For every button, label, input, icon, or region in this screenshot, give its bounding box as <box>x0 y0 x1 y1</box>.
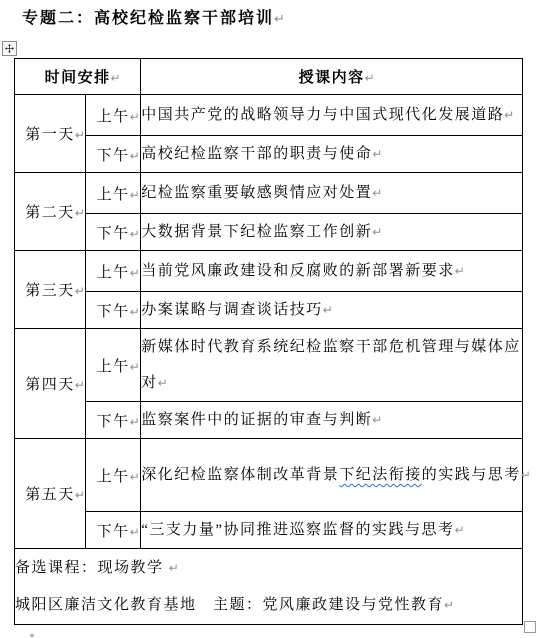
day-cell-2[interactable]: 第二天↵ <box>15 173 86 251</box>
four-way-arrow-icon <box>5 44 14 53</box>
period-label: 上午 <box>97 359 130 375</box>
header-cell-time[interactable]: 时间安排↵ <box>15 59 141 95</box>
course-text: 办案谋略与调查谈话技巧 <box>141 302 323 318</box>
period-label: 下午 <box>97 148 130 164</box>
table-row: 第三天↵ 上午↵ 当前党风廉政建设和反腐败的新部署新要求↵ <box>15 251 523 292</box>
period-label: 上午 <box>97 187 130 203</box>
footer-line-2: 城阳区廉洁文化教育基地 主题：党风廉政建设与党性教育↵ <box>15 587 522 624</box>
course-text: 高校纪检监察干部的职责与使命 <box>141 146 372 162</box>
course-text: 深化纪检监察体制改革背景 <box>141 467 339 483</box>
period-cell[interactable]: 上午↵ <box>86 95 141 136</box>
day-label: 第一天 <box>25 127 75 143</box>
period-cell[interactable]: 上午↵ <box>86 439 141 512</box>
table-row: 第一天↵ 上午↵ 中国共产党的战略领导力与中国式现代化发展道路↵ <box>15 95 523 136</box>
content-cell[interactable]: “三支力量”协同推进巡察监督的实践与思考↵ <box>141 512 523 549</box>
day-label: 第二天 <box>25 205 75 221</box>
period-label: 上午 <box>97 109 130 125</box>
period-cell[interactable]: 下午↵ <box>86 402 141 439</box>
schedule-table: 时间安排↵ 授课内容↵ 第一天↵ 上午↵ 中国共产党的战略领导力与中国式现代化发… <box>14 58 523 625</box>
day-cell-5[interactable]: 第五天↵ <box>15 439 86 549</box>
table-row: 第二天↵ 上午↵ 纪检监察重要敏感舆情应对处置↵ <box>15 173 523 214</box>
period-label: 下午 <box>97 414 130 430</box>
content-cell[interactable]: 新媒体时代教育系统纪检监察干部危机管理与媒体应对↵ <box>141 329 523 402</box>
content-cell[interactable]: 中国共产党的战略领导力与中国式现代化发展道路↵ <box>141 95 523 136</box>
day-cell-4[interactable]: 第四天↵ <box>15 329 86 439</box>
content-cell[interactable]: 大数据背景下纪检监察工作创新↵ <box>141 214 523 251</box>
period-cell[interactable]: 上午↵ <box>86 329 141 402</box>
table-footer-row: 备选课程：现场教学 ↵ 城阳区廉洁文化教育基地 主题：党风廉政建设与党性教育↵ <box>15 549 523 625</box>
period-label: 下午 <box>97 524 130 540</box>
content-cell[interactable]: 纪检监察重要敏感舆情应对处置↵ <box>141 173 523 214</box>
content-cell[interactable]: 当前党风廉政建设和反腐败的新部署新要求↵ <box>141 251 523 292</box>
table-header-row: 时间安排↵ 授课内容↵ <box>15 59 523 95</box>
grammar-check-underlined-text: 下纪法衔接 <box>339 467 422 483</box>
day-label: 第五天 <box>25 487 75 503</box>
doc-title-text: 专题二：高校纪检监察干部培训 <box>22 10 274 27</box>
table-row: 下午↵ 高校纪检监察干部的职责与使命↵ <box>15 136 523 173</box>
day-label: 第四天 <box>25 377 75 393</box>
clipped-paragraph-mark <box>30 634 34 637</box>
course-text: 监察案件中的证据的审查与判断 <box>141 412 372 428</box>
period-cell[interactable]: 上午↵ <box>86 251 141 292</box>
footer-text: 城阳区廉洁文化教育基地 主题：党风廉政建设与党性教育 <box>15 597 444 613</box>
table-row: 下午↵ “三支力量”协同推进巡察监督的实践与思考↵ <box>15 512 523 549</box>
doc-title[interactable]: 专题二：高校纪检监察干部培训↵ <box>22 5 274 28</box>
day-cell-1[interactable]: 第一天↵ <box>15 95 86 173</box>
course-text: 的实践与思考 <box>422 467 521 483</box>
table-resize-handle[interactable] <box>524 621 536 633</box>
day-label: 第三天 <box>25 283 75 299</box>
content-cell[interactable]: 监察案件中的证据的审查与判断↵ <box>141 402 523 439</box>
content-cell[interactable]: 深化纪检监察体制改革背景下纪法衔接的实践与思考↵ <box>141 439 523 512</box>
period-label: 下午 <box>97 226 130 242</box>
course-text: 中国共产党的战略领导力与中国式现代化发展道路 <box>141 107 504 123</box>
course-text: 纪检监察重要敏感舆情应对处置 <box>141 185 372 201</box>
period-label: 上午 <box>97 265 130 281</box>
table-move-handle[interactable] <box>2 41 17 56</box>
table-row: 下午↵ 办案谋略与调查谈话技巧↵ <box>15 292 523 329</box>
content-cell[interactable]: 高校纪检监察干部的职责与使命↵ <box>141 136 523 173</box>
course-text: 新媒体时代教育系统纪检监察干部危机管理与媒体应对 <box>141 339 521 391</box>
period-cell[interactable]: 上午↵ <box>86 173 141 214</box>
table-row: 下午↵ 监察案件中的证据的审查与判断↵ <box>15 402 523 439</box>
period-label: 下午 <box>97 304 130 320</box>
table-row: 下午↵ 大数据背景下纪检监察工作创新↵ <box>15 214 523 251</box>
course-text: “三支力量”协同推进巡察监督的实践与思考 <box>141 522 454 538</box>
day-cell-3[interactable]: 第三天↵ <box>15 251 86 329</box>
period-label: 上午 <box>97 469 130 485</box>
table-row: 第四天↵ 上午↵ 新媒体时代教育系统纪检监察干部危机管理与媒体应对↵ <box>15 329 523 402</box>
footer-cell[interactable]: 备选课程：现场教学 ↵ 城阳区廉洁文化教育基地 主题：党风廉政建设与党性教育↵ <box>15 549 523 625</box>
period-cell[interactable]: 下午↵ <box>86 214 141 251</box>
table-row: 第五天↵ 上午↵ 深化纪检监察体制改革背景下纪法衔接的实践与思考↵ <box>15 439 523 512</box>
period-cell[interactable]: 下午↵ <box>86 292 141 329</box>
footer-text: 备选课程：现场教学 <box>15 560 169 576</box>
footer-line-1: 备选课程：现场教学 ↵ <box>15 550 522 587</box>
header-content-label: 授课内容 <box>299 70 365 86</box>
content-cell[interactable]: 办案谋略与调查谈话技巧↵ <box>141 292 523 329</box>
period-cell[interactable]: 下午↵ <box>86 136 141 173</box>
document-page: 专题二：高校纪检监察干部培训↵ 时间安排↵ 授课内容↵ 第一天↵ 上午↵ 中国共… <box>0 0 539 638</box>
course-text: 当前党风廉政建设和反腐败的新部署新要求 <box>141 263 455 279</box>
period-cell[interactable]: 下午↵ <box>86 512 141 549</box>
header-time-label: 时间安排 <box>45 70 111 86</box>
course-text: 大数据背景下纪检监察工作创新 <box>141 224 372 240</box>
header-cell-content[interactable]: 授课内容↵ <box>141 59 523 95</box>
